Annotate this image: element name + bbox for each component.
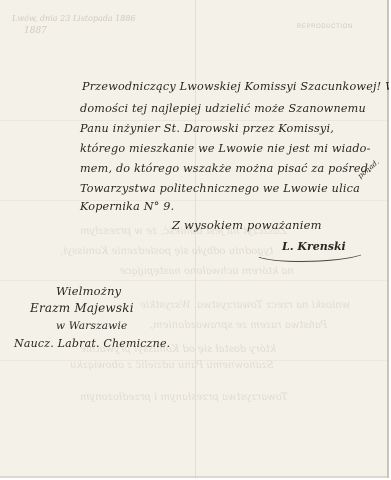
body-line: Kopernika N° 9. xyxy=(80,200,174,213)
body-line: Towarzystwa politechnicznego we Lwowie u… xyxy=(80,182,360,195)
body-line: Przewodniczący Lwowskiej Komissyi Szacun… xyxy=(82,80,389,93)
bleed-through-line: Towarzystwa przesłanym i przedłożonym xyxy=(80,392,288,403)
paper-ruling xyxy=(0,280,389,281)
recipient-name: Erazm Majewski xyxy=(30,301,134,315)
bleed-through-line: na którem uchwalono następujące xyxy=(120,266,294,277)
dateline: Lwów, dnia 23 Listopada 1886 xyxy=(12,14,136,23)
paper-ruling xyxy=(0,120,389,121)
letterhead-stamp: REPRODUCTION xyxy=(297,24,353,30)
signature-flourish xyxy=(254,242,368,262)
archive-number: 1887 xyxy=(24,26,47,36)
paper-ruling xyxy=(0,200,389,201)
recipient-city: w Warszawie xyxy=(56,320,127,332)
closing-salutation: Z wysokiem poważaniem xyxy=(172,218,322,232)
address-honorific: Wielmożny xyxy=(56,284,121,298)
body-line: domości tej najlepiej udzielić może Szan… xyxy=(80,102,366,115)
body-line: którego mieszkanie we Lwowie nie jest mi… xyxy=(80,142,371,155)
body-line: Panu inżynier St. Darowski przez Komissy… xyxy=(80,122,334,135)
bleed-through-line: Państwa razem ze sprawozdaniem, xyxy=(150,320,327,331)
letter-sheet: Lwów, dnia 23 Listopada 1886 1887 REPROD… xyxy=(0,0,389,478)
paper-fold xyxy=(195,0,196,478)
recipient-institution: Naucz. Labrat. Chemiczne. xyxy=(14,337,170,350)
bleed-through-line: Szanownemu Panu udzielić z obowiązku xyxy=(70,360,274,371)
body-line: mem, do którego wszakże można pisać za p… xyxy=(80,162,372,175)
bleed-through-line: tygodniu odbyło się posiedzenie Komissyi… xyxy=(60,246,273,257)
bleed-through-line: wnioski na rzecz Towarzystwa. Wszystkie xyxy=(140,300,350,311)
